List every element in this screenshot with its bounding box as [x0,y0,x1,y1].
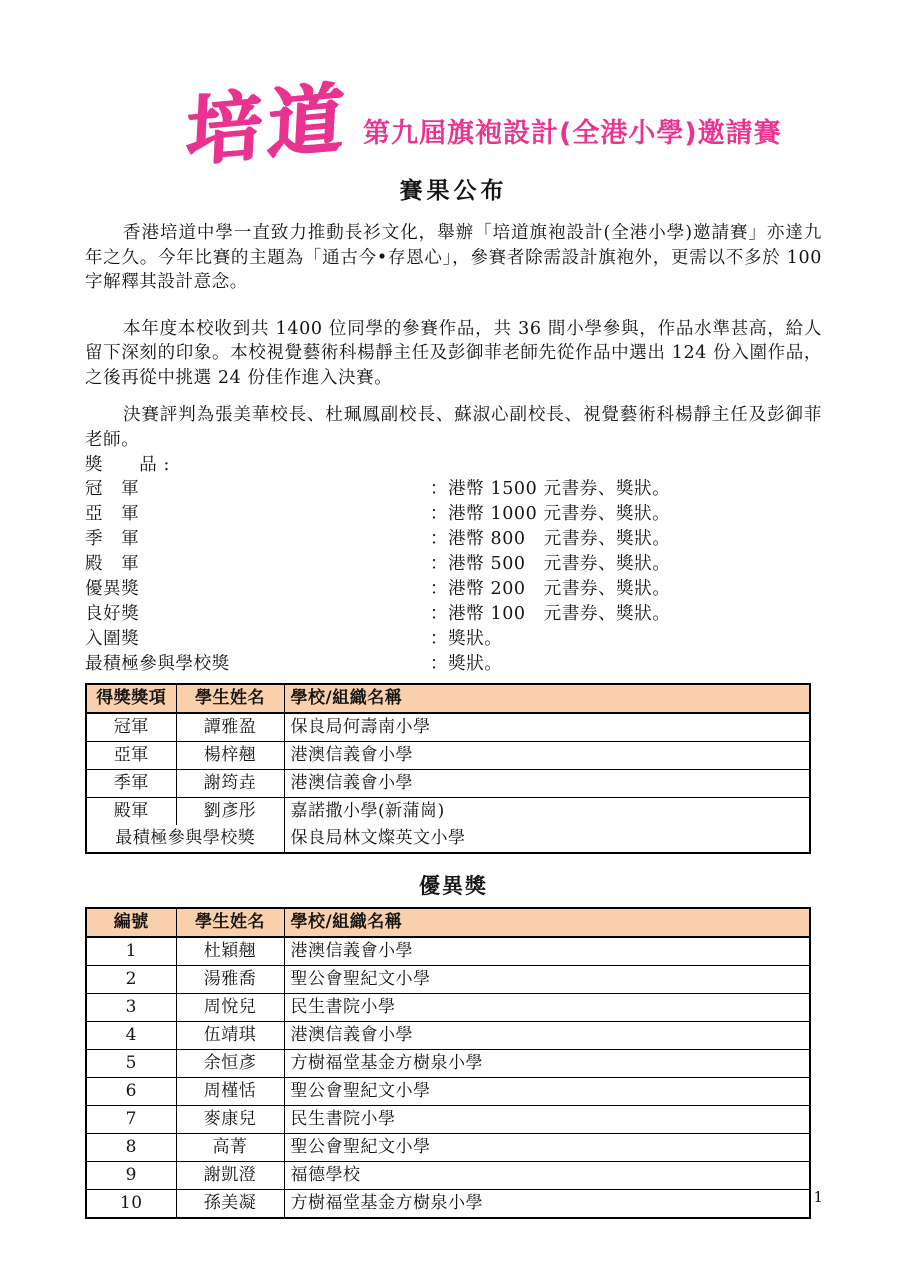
cell-student-name: 周槿恬 [176,1078,284,1106]
prize-row: 季 軍 ：港幣 800 元書券、獎狀。 [85,527,822,552]
page-number: 1 [813,1188,823,1206]
prize-name: 殿 軍 [85,552,430,577]
cell-student-name: 湯雅喬 [176,966,284,994]
prize-name: 優異獎 [85,577,430,602]
prize-value: ：港幣 200 元書券、獎狀。 [430,577,822,602]
cell-award-merged: 最積極參與學校獎 [86,825,284,853]
merit-table: 編號 學生姓名 學校/組織名稱 1 杜穎翹 港澳信義會小學 2 湯雅喬 聖公會聖… [85,907,811,1219]
cell-school: 聖公會聖紀文小學 [284,966,810,994]
cell-school: 聖公會聖紀文小學 [284,1078,810,1106]
cell-school: 保良局林文燦英文小學 [284,825,810,853]
prize-list: 冠 軍 ：港幣 1500 元書券、獎狀。 亞 軍 ：港幣 1000 元書券、獎狀… [85,477,822,677]
prize-row: 最積極參與學校獎 ：獎狀。 [85,652,822,677]
header-logo-row: 培道 第九屆旗袍設計(全港小學)邀請賽 [185,80,822,170]
table-row: 9 謝凱澄 福德學校 [86,1162,810,1190]
cell-award: 殿軍 [86,798,176,826]
cell-number: 5 [86,1050,176,1078]
paragraph-intro: 香港培道中學一直致力推動長衫文化，舉辦「培道旗袍設計(全港小學)邀請賽」亦達九年… [85,221,822,295]
table-row: 10 孫美凝 方樹福堂基金方樹泉小學 [86,1190,810,1219]
table-row: 季軍 謝筠垚 港澳信義會小學 [86,770,810,798]
table-row: 5 余恒彥 方樹福堂基金方樹泉小學 [86,1050,810,1078]
prizes-label: 獎 品 : [85,453,822,477]
prize-name: 季 軍 [85,527,430,552]
cell-number: 4 [86,1022,176,1050]
cell-student-name: 高菁 [176,1134,284,1162]
cell-student-name: 麥康兒 [176,1106,284,1134]
winners-table: 得獎獎項 學生姓名 學校/組織名稱 冠軍 譚雅盈 保良局何壽南小學 亞軍 楊梓翹… [85,683,811,854]
winners-header-name: 學生姓名 [176,684,284,713]
table-row: 2 湯雅喬 聖公會聖紀文小學 [86,966,810,994]
cell-school: 民生書院小學 [284,994,810,1022]
merit-header-name: 學生姓名 [176,908,284,937]
cell-school: 保良局何壽南小學 [284,713,810,742]
cell-school: 港澳信義會小學 [284,937,810,966]
prize-value: ：港幣 500 元書券、獎狀。 [430,552,822,577]
prize-name: 亞 軍 [85,502,430,527]
prize-name: 冠 軍 [85,477,430,502]
prize-name: 最積極參與學校獎 [85,652,430,677]
merit-header-number: 編號 [86,908,176,937]
table-row: 7 麥康兒 民生書院小學 [86,1106,810,1134]
cell-school: 方樹福堂基金方樹泉小學 [284,1190,810,1219]
cell-student-name: 譚雅盈 [176,713,284,742]
prize-row: 冠 軍 ：港幣 1500 元書券、獎狀。 [85,477,822,502]
cell-number: 2 [86,966,176,994]
cell-number: 10 [86,1190,176,1219]
prize-row: 殿 軍 ：港幣 500 元書券、獎狀。 [85,552,822,577]
page-title: 賽果公布 [85,172,822,205]
cell-student-name: 謝凱澄 [176,1162,284,1190]
table-row: 6 周槿恬 聖公會聖紀文小學 [86,1078,810,1106]
cell-student-name: 劉彥彤 [176,798,284,826]
cell-student-name: 周悅兒 [176,994,284,1022]
cell-award: 冠軍 [86,713,176,742]
cell-school: 福德學校 [284,1162,810,1190]
prize-value: ：獎狀。 [430,652,822,677]
cell-student-name: 謝筠垚 [176,770,284,798]
cell-award: 季軍 [86,770,176,798]
cell-school: 港澳信義會小學 [284,770,810,798]
cell-student-name: 杜穎翹 [176,937,284,966]
prize-value: ：港幣 100 元書券、獎狀。 [430,602,822,627]
prize-row: 入圍獎 ：獎狀。 [85,627,822,652]
prize-value: ：獎狀。 [430,627,822,652]
table-row: 冠軍 譚雅盈 保良局何壽南小學 [86,713,810,742]
table-row: 3 周悅兒 民生書院小學 [86,994,810,1022]
prize-row: 優異獎 ：港幣 200 元書券、獎狀。 [85,577,822,602]
cell-school: 嘉諾撒小學(新蒲崗) [284,798,810,826]
cell-school: 聖公會聖紀文小學 [284,1134,810,1162]
cell-number: 7 [86,1106,176,1134]
prize-value: ：港幣 800 元書券、獎狀。 [430,527,822,552]
cell-school: 方樹福堂基金方樹泉小學 [284,1050,810,1078]
cell-number: 6 [86,1078,176,1106]
merit-table-header: 編號 學生姓名 學校/組織名稱 [86,908,810,937]
paragraph-entries: 本年度本校收到共 1400 位同學的參賽作品，共 36 間小學參與，作品水準甚高… [85,317,822,391]
cell-number: 8 [86,1134,176,1162]
prize-value: ：港幣 1000 元書券、獎狀。 [430,502,822,527]
prize-value: ：港幣 1500 元書券、獎狀。 [430,477,822,502]
cell-student-name: 余恒彥 [176,1050,284,1078]
prize-name: 入圍獎 [85,627,430,652]
cell-award: 亞軍 [86,742,176,770]
cell-number: 9 [86,1162,176,1190]
cell-number: 3 [86,994,176,1022]
cell-student-name: 楊梓翹 [176,742,284,770]
prize-name: 良好獎 [85,602,430,627]
cell-student-name: 伍靖琪 [176,1022,284,1050]
event-title: 第九屆旗袍設計(全港小學)邀請賽 [363,111,782,150]
prize-row: 良好獎 ：港幣 100 元書券、獎狀。 [85,602,822,627]
table-row: 8 高菁 聖公會聖紀文小學 [86,1134,810,1162]
cell-school: 港澳信義會小學 [284,1022,810,1050]
cell-school: 民生書院小學 [284,1106,810,1134]
cell-school: 港澳信義會小學 [284,742,810,770]
merit-header-school: 學校/組織名稱 [284,908,810,937]
table-row: 4 伍靖琪 港澳信義會小學 [86,1022,810,1050]
cell-number: 1 [86,937,176,966]
peitao-calligraphy-logo: 培道 [183,80,350,171]
table-row: 1 杜穎翹 港澳信義會小學 [86,937,810,966]
table-row: 殿軍 劉彥彤 嘉諾撒小學(新蒲崗) [86,798,810,826]
document-page: 培道 第九屆旗袍設計(全港小學)邀請賽 賽果公布 香港培道中學一直致力推動長衫文… [0,80,905,1219]
winners-table-header: 得獎獎項 學生姓名 學校/組織名稱 [86,684,810,713]
winners-header-award: 得獎獎項 [86,684,176,713]
prize-row: 亞 軍 ：港幣 1000 元書券、獎狀。 [85,502,822,527]
cell-student-name: 孫美凝 [176,1190,284,1219]
table-row-merged: 最積極參與學校獎 保良局林文燦英文小學 [86,825,810,853]
merit-section-title: 優異獎 [85,870,822,900]
paragraph-judges: 決賽評判為張美華校長、杜珮鳳副校長、蘇淑心副校長、視覺藝術科楊靜主任及彭御菲老師… [85,403,822,452]
winners-header-school: 學校/組織名稱 [284,684,810,713]
table-row: 亞軍 楊梓翹 港澳信義會小學 [86,742,810,770]
